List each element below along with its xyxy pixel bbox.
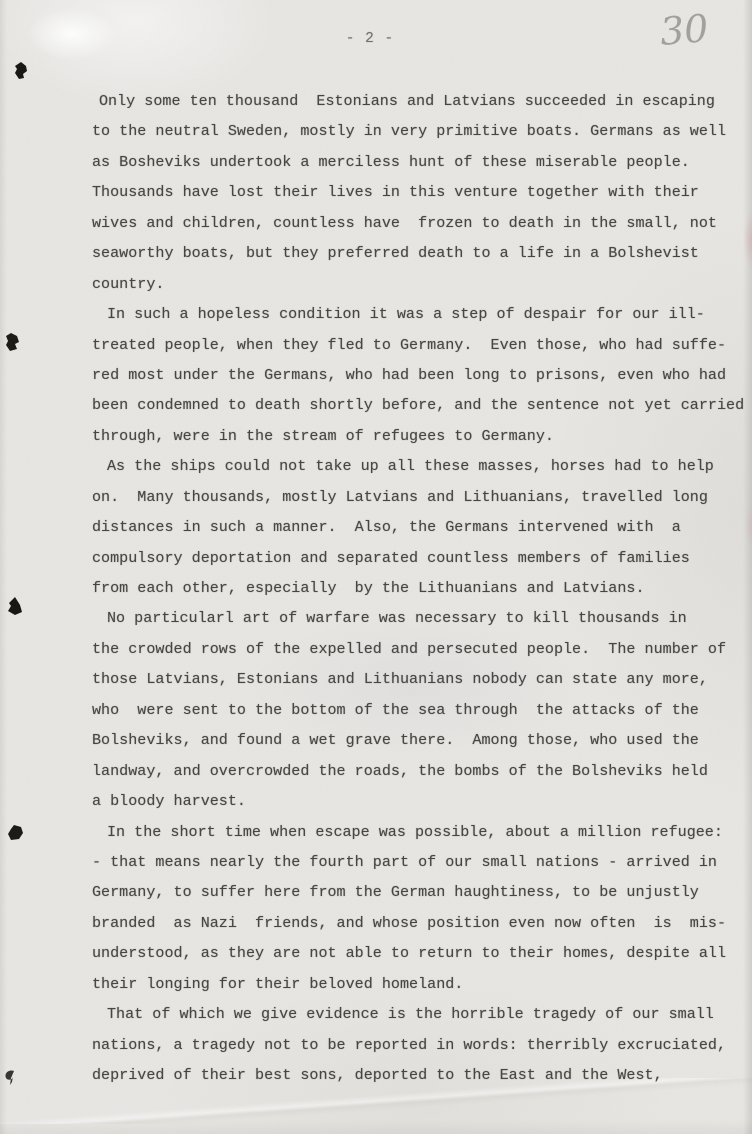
handwritten-folio-number: 30 [658,6,710,54]
text-line: That of which we give evidence is the ho… [92,999,752,1029]
ink-blot [8,825,24,841]
text-line: In such a hopeless condition it was a st… [92,299,752,329]
text-line: wives and children, countless have froze… [92,208,752,238]
page-number: - 2 - [0,31,740,47]
paragraph: No particularl art of warfare was necess… [92,603,752,816]
text-line: through, were in the stream of refugees … [92,421,752,451]
text-line: to the neutral Sweden, mostly in very pr… [92,116,752,146]
ink-blot [6,333,20,352]
text-line: landway, and overcrowded the roads, the … [92,756,752,786]
text-line: from each other, especially by the Lithu… [92,573,752,603]
text-line: Thousands have lost their lives in this … [92,177,752,207]
text-line: country. [92,269,752,299]
text-line: Germany, to suffer here from the German … [92,877,752,907]
text-line: - that means nearly the fourth part of o… [92,847,752,877]
ink-blot [7,597,23,616]
text-line: distances in such a manner. Also, the Ge… [92,512,752,542]
text-line: seaworthy boats, but they preferred deat… [92,238,752,268]
text-line: their longing for their beloved homeland… [92,969,752,999]
text-line: who were sent to the bottom of the sea t… [92,695,752,725]
text-line: In the short time when escape was possib… [92,817,752,847]
paragraph: In the short time when escape was possib… [92,817,752,1000]
text-line: a bloody harvest. [92,786,752,816]
paragraph: Only some ten thousand Estonians and Lat… [92,86,752,299]
text-line: As the ships could not take up all these… [92,451,752,481]
text-line: those Latvians, Estonians and Lithuanian… [92,664,752,694]
ink-blot [14,62,28,80]
text-line: Only some ten thousand Estonians and Lat… [92,86,752,116]
text-line: the crowded rows of the expelled and per… [92,634,752,664]
text-line: deprived of their best sons, deported to… [92,1060,752,1090]
text-line: on. Many thousands, mostly Latvians and … [92,482,752,512]
paragraph: As the ships could not take up all these… [92,451,752,603]
text-line: compulsory deportation and separated cou… [92,543,752,573]
text-line: nations, a tragedy not to be reported in… [92,1030,752,1060]
scanned-document-page: - 2 - 30 Only some ten thousand Estonian… [0,0,752,1134]
text-line: as Bosheviks undertook a merciless hunt … [92,147,752,177]
typewritten-text-block: Only some ten thousand Estonians and Lat… [92,86,752,1090]
text-line: treated people, when they fled to German… [92,330,752,360]
text-line: branded as Nazi friends, and whose posit… [92,908,752,938]
paragraph: That of which we give evidence is the ho… [92,999,752,1090]
text-line: No particularl art of warfare was necess… [92,603,752,633]
text-line: Bolsheviks, and found a wet grave there.… [92,725,752,755]
text-line: red most under the Germans, who had been… [92,360,752,390]
text-line: understood, as they are not able to retu… [92,938,752,968]
paragraph: In such a hopeless condition it was a st… [92,299,752,451]
text-line: been condemned to death shortly before, … [92,390,752,420]
